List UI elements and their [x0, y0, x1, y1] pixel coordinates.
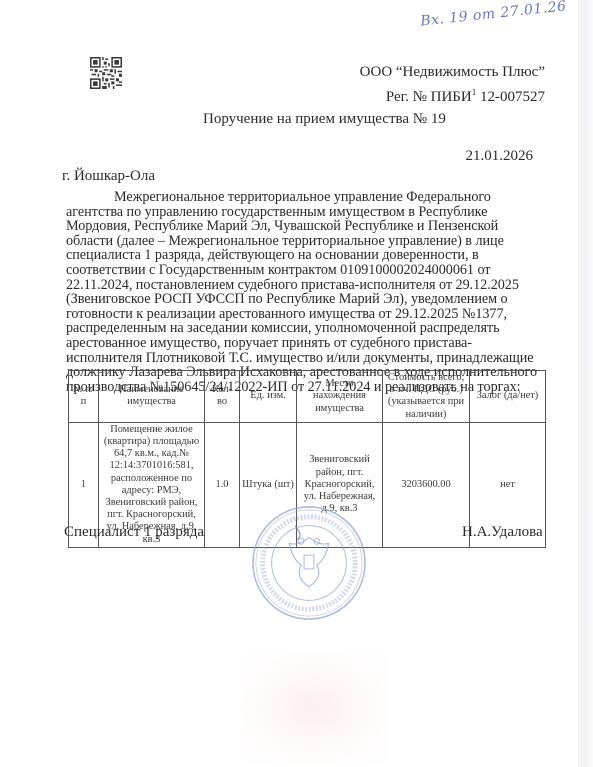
scan-edge-shadow — [578, 0, 593, 767]
organization-name: ООО “Недвижимость Плюс” — [360, 64, 545, 81]
document-body: Межрегиональное территориальное управлен… — [66, 190, 546, 394]
col-header-number: № п/п — [69, 371, 99, 423]
col-header-cost: Стоимость всего, в т.ч. НДС (руб.) (указ… — [383, 371, 470, 423]
col-header-unit: Ед. изм. — [240, 371, 297, 423]
signer-position: Специалист 1 разряда — [64, 524, 204, 541]
col-header-pledge: Залог (да/нет) — [470, 371, 546, 423]
reg-label: Рег. № ПИБИ — [386, 89, 472, 105]
col-header-location: Место нахождения имущества — [297, 371, 383, 423]
official-seal-stamp — [250, 504, 368, 622]
registration-number: Рег. № ПИБИ1 12-007527 — [386, 87, 545, 106]
document-city: г. Йошкар-Ола — [62, 168, 155, 185]
document-date: 21.01.2026 — [466, 148, 534, 165]
col-header-name: Наименование имущества — [99, 371, 205, 423]
reg-value: 12-007527 — [476, 89, 545, 105]
cell-cost: 3203600.00 — [383, 422, 470, 547]
signer-name: Н.А.Удалова — [462, 524, 543, 541]
col-header-quantity: Кол-во — [205, 371, 240, 423]
document-title: Поручение на прием имущества № 19 — [203, 111, 446, 128]
scan-smudge — [240, 650, 390, 765]
table-header-row: № п/п Наименование имущества Кол-во Ед. … — [69, 371, 546, 423]
qr-code — [90, 57, 122, 89]
handwritten-incoming-note: Вх. 19 от 27.01.26 — [420, 0, 568, 30]
cell-quantity: 1.0 — [205, 422, 240, 547]
